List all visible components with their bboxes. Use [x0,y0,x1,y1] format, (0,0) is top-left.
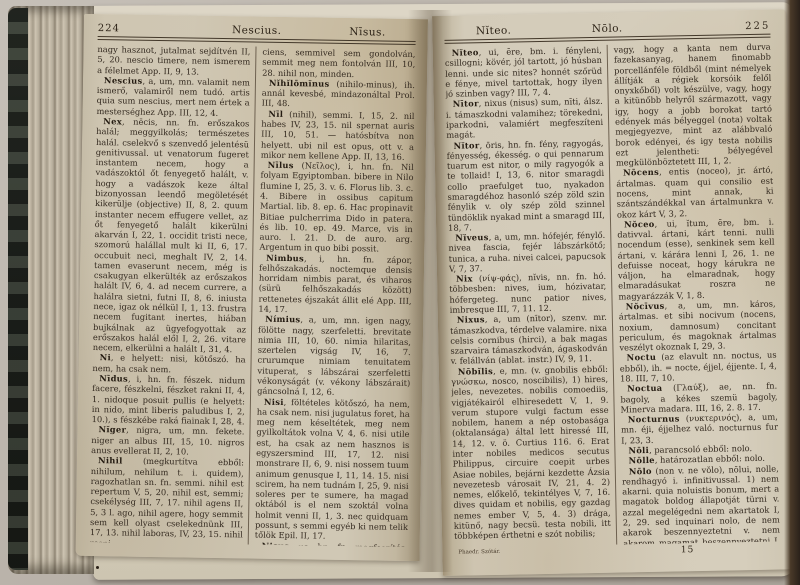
entry-headword: Nĭteo [452,47,479,58]
left-page: 224 Nescius. Nīsus. nagy hasznot, jutalm… [76,14,428,561]
text-column: ciens, semmivel sem gondolván, semmit me… [248,47,416,547]
entry-headword: Nĭger [98,425,126,435]
dictionary-entry: Ni, e helyett: nisi, kötőszó. ha nem, ha… [92,352,245,375]
text-column: vagy, hogy a kanta nem durva fazekasanya… [607,42,781,545]
dictionary-entry: Nĭveus, a, um, mn. hófejér, fénylő. nive… [448,230,606,274]
dictionary-entry: Nŏcīvus, a, um, mn. káros, ártalmas. et … [619,299,777,353]
dictionary-entry: Nōlo (non v. ne vŏlo), nōlui, nolle, ren… [622,463,780,545]
dictionary-entry: Nĭteo, ui, ēre, bm. i. fényleni, csillog… [445,45,603,99]
right-page-content: Nĭteo. Nōlo. 225 Nĭteo, ui, ēre, bm. i. … [432,9,797,572]
dictionary-entry: Nix (νίψ-φάς), nĭvis, nn. fn. hó. többes… [449,271,607,315]
continuation-paragraph: ciens, semmivel sem gondolván, semmit me… [262,47,415,80]
dictionary-entry: Nōbĭlis, e, mn. (v. gnobilis ebből: γνώσ… [451,363,611,541]
running-title-last-word: Nōlo. [543,21,672,35]
entry-headword: Nímius [265,314,300,325]
text-column: Nĭteo, ui, ēre, bm. i. fényleni, csillog… [445,45,617,548]
entry-headword: Nīlus [268,160,294,170]
entry-headword: Ni [100,353,111,363]
dictionary-entry: Nescius, a, um, mn. valamit nem ismerő, … [96,75,250,119]
entry-headword: Noctu [627,352,657,363]
entry-headword: Noctua [627,383,662,394]
right-page-footer: Phaedr. Szótár. 15 [454,543,780,565]
entry-headword: Nĭhĭlōmĭnus [269,78,330,89]
book-spine-edge [8,8,28,570]
left-page-columns: nagy hasznot, jutalmat sejdítvén II, 5, … [90,44,416,547]
continuation-paragraph: vagy, hogy a kanta nem durva fazekasanya… [614,42,773,168]
entry-headword: Nex [103,116,122,126]
entry-headword: Nimbus [266,252,304,263]
entry-headword: Nīl [268,108,283,118]
entry-headword: Nescius [104,75,143,86]
entry-headword: Nisus [262,540,290,547]
right-page-columns: Nĭteo, ui, ēre, bm. i. fényleni, csillog… [445,42,781,548]
dictionary-entry: Nŏceo, ui, ĭtum, ēre, bm. i. dativval. á… [617,216,776,301]
right-page: Nĭteo. Nōlo. 225 Nĭteo, ui, ēre, bm. i. … [432,9,797,576]
dictionary-entry: Noctu (az elavult nn. noctus, us ebből),… [620,350,778,384]
dictionary-entry: Nimbus, i, hn. fn. zápor, felhőszakadás.… [258,252,412,316]
sheet-number: 15 [681,545,695,555]
entry-headword: Nītor [453,99,479,109]
page-number-left: 224 [98,23,195,36]
running-title-first-word: Nescius. [194,24,319,38]
dictionary-entry: Nex, nēcis, nn. fn. erőszakos halál; meg… [93,116,250,355]
dictionary-entry: Nīl (nihil), semmi. I, 15, 2. nil habes … [261,108,415,162]
entry-headword: Nōli [628,445,649,455]
running-title-last-word: Nīsus. [319,26,416,40]
dictionary-entry: Nīlus (Νεῖλος), i, hn. fn. Nil folyam Eg… [259,160,413,255]
entry-headword: Nĭtor [453,140,479,150]
entry-headword: Nōbĭlis [458,366,493,377]
dictionary-entry: Nĭtor, ōris, hn. fn. fény, ragyogás, fén… [446,137,605,233]
dictionary-entry: Nītor, nixus (nisus) sum, nīti, álsz. i.… [446,96,604,140]
book-photo: 224 Nescius. Nīsus. nagy hasznot, jutalm… [0,0,800,585]
dictionary-entry: Nōcens, entis (noceo), jr. ártó, ártalma… [616,165,774,219]
entry-headword: Nōlo [629,465,652,475]
dictionary-entry: Nĭhĭlōmĭnus (nihilo-minus), ih. annál ke… [262,77,415,110]
entry-headword: Nisi [264,396,284,406]
entry-headword: Nocturnus [628,414,680,425]
dictionary-entry: Nĭger, nigra, um, mn. fekete. niger an a… [91,424,244,457]
ink-dot [96,566,99,569]
entry-headword: Nŏcīvus [626,301,665,312]
background-shadow-right [784,0,800,585]
running-title-first-word: Nĭteo. [444,24,543,38]
dictionary-entry: Nocturnus (νυκτερινός), a, um, mn. éji, … [621,412,779,446]
dictionary-entry: Noctua (Γλαύξ), ae, nn. fn. bagoly, a ké… [620,381,778,415]
dictionary-entry: Nihil (megkurtítva ebből: nihilum, nehil… [90,455,244,544]
entry-headword: Nix [456,274,473,284]
entry-headword: Nīdus [99,373,128,383]
text-column: nagy hasznot, jutalmat sejdítvén II, 5, … [90,44,256,544]
page-number-right: 225 [671,21,770,34]
entry-headword: Nōlle [629,455,655,466]
entry-headword: Nĭveus [455,232,489,243]
entry-headword: Nihil [98,455,123,465]
entry-headword: Nōcens [623,167,659,178]
entry-headword: Nŏceo [624,219,655,230]
dictionary-entry: Nīdus, i, hn. fn. fészek. nidum facere, … [92,373,246,427]
continuation-paragraph: nagy hasznot, jutalmat sejdítvén II, 5, … [97,44,250,77]
dictionary-entry: Nixus, a, um (nītor), szenv. mr. támaszk… [450,312,608,366]
dictionary-entry: Nímius, a, um, mn. igen nagy, fölötte na… [257,314,411,399]
left-page-content: 224 Nescius. Nīsus. nagy hasznot, jutalm… [76,14,428,553]
entry-headword: Nixus [457,314,485,325]
dictionary-entry: Nisi, föltételes kötőszó, ha nem, ha csa… [255,396,410,542]
printer-signature: Phaedr. Szótár. [458,549,500,556]
